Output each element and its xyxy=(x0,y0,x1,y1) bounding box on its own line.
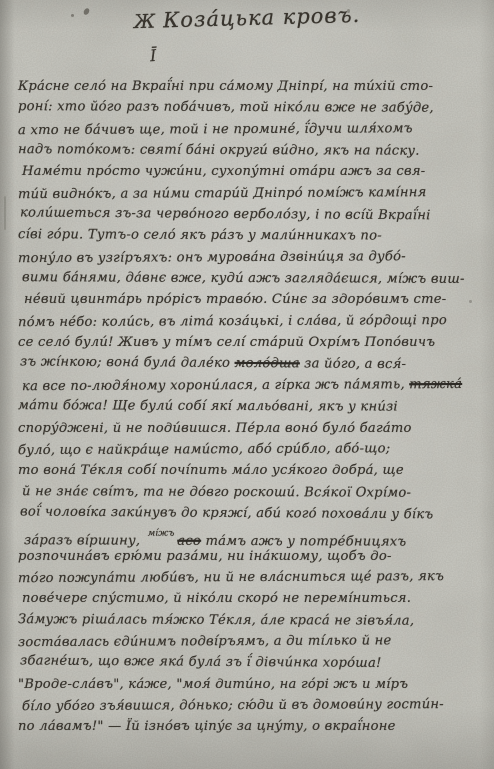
title-text: Коза́цька кровъ. xyxy=(163,3,361,32)
inserted-word: мі́жъ xyxy=(148,529,175,539)
manuscript-line: а хто не ба́чивъ ще, той і не промине́, … xyxy=(18,118,480,142)
line-text: ка все по-людя́ному хорони́лася, а гі́рк… xyxy=(22,377,409,394)
manuscript-line: "Вроде-сла́въ", ка́же, "моя́ дити́но, на… xyxy=(18,674,480,695)
struck-word: моло́дша xyxy=(235,356,300,371)
manuscript-line: спору́джені, й не поди́вишся. Пе́рла вон… xyxy=(18,418,480,439)
manuscript-line: се село́ були́! Живъ у ті́мъ селі́ ста́р… xyxy=(18,332,480,353)
manuscript-line: то́го пожупа́ти люби́въ, ни й не вла́сни… xyxy=(18,566,480,590)
manuscript-line: За́мужъ ріша́лась тя́жко Те́кля, а́ле кр… xyxy=(18,609,480,632)
manuscript-line: ти́й видно́къ, а за ни́ми стари́й Дніпро… xyxy=(18,182,480,206)
manuscript-line: по́мъ не́бо: коли́сь, въ літа́ коза́цькі… xyxy=(18,310,480,334)
manuscript-line: то вона́ Те́кля собі́ почі́пить ма́ло ус… xyxy=(18,460,480,481)
manuscript-line: зоста́валась єди́нимъ подві́ръямъ, а ди … xyxy=(18,630,480,654)
manuscript-line: ма́ти бо́жа! Ще були́ собі́ які́ мальо́в… xyxy=(18,395,480,418)
manuscript-line: коли́шеться зъ-за черво́ного верболо́зу,… xyxy=(20,202,480,227)
manuscript-line: Кра́сне село́ на Вкраї́ні при са́мому Дн… xyxy=(18,76,480,97)
struck-word: тяжка́ xyxy=(409,377,462,392)
line-text: за́разъ ві́ршину, xyxy=(24,533,145,548)
manuscript-title: ЖКоза́цька кровъ. xyxy=(0,0,494,37)
struck-word: асо xyxy=(177,534,201,549)
manuscript-line-corrected: зъ жі́нкою; вона́ була́ дале́ко моло́дша… xyxy=(20,352,480,377)
manuscript-line: збагне́шъ, що вже яка́ була́ зъ ї́ дівчи… xyxy=(20,651,480,676)
ink-speck xyxy=(4,196,6,230)
manuscript-line: тону́ло въ узгі́ръяхъ: онъ мурова́на дзв… xyxy=(18,246,480,270)
manuscript-line-corrected: ка все по-людя́ному хорони́лася, а гі́рк… xyxy=(22,374,480,398)
manuscript-line: Наме́ти про́сто чужи́ни, сухопу́тні ота́… xyxy=(22,161,480,182)
manuscript-line: бі́ло убо́го зъя́вишся, до́нько; сю́ди й… xyxy=(22,694,480,718)
manuscript-line: й не зна́є сві́тъ, та не до́вго роскоши́… xyxy=(22,481,480,504)
line-text: за йо́го, а вся́- xyxy=(300,357,407,373)
title-ornament: Ж xyxy=(133,11,156,34)
line-text: зъ жі́нкою; вона́ була́ дале́ко xyxy=(20,355,235,371)
manuscript-line: не́вий цвинта́рь про́рісъ траво́ю. Си́нє… xyxy=(24,289,480,310)
manuscript-line: було́, що є найкра́ще нами́сто, або́ сри… xyxy=(18,438,480,462)
manuscript-line: сі́ві го́ри. Тутъ-о село́ якъ ра́зъ у ма… xyxy=(18,225,480,248)
manuscript-body: Кра́сне село́ на Вкраї́ні при са́мому Дн… xyxy=(18,76,480,738)
chapter-numeral: Ī xyxy=(149,46,157,65)
manuscript-line: пове́чере спу́стимо, й ніко́ли скоро́ не… xyxy=(22,588,480,609)
line-text: та́мъ ажъ у потре́бницяхъ xyxy=(201,534,406,550)
manuscript-line: по ла́вамъ!" — Їй ізно́въ ціпу́є за цну́… xyxy=(18,716,480,737)
manuscript-page: ЖКоза́цька кровъ. Ī Кра́сне село́ на Вкр… xyxy=(0,0,494,769)
manuscript-line: вими ба́нями, да́внє вже, куди́ ажъ загл… xyxy=(22,267,480,290)
manuscript-line: надъ пото́комъ: святі́ ба́ні округи́ ви́… xyxy=(18,139,480,162)
manuscript-line: вої́ чолові́ка заки́нувъ до кряжі́, аби́… xyxy=(20,501,480,526)
manuscript-line-corrected: за́разъ ві́ршину, мі́жъасо та́мъ ажъ у п… xyxy=(24,523,480,546)
manuscript-line: роні́: хто йо́го разъ поба́чивъ, той нік… xyxy=(18,96,480,119)
